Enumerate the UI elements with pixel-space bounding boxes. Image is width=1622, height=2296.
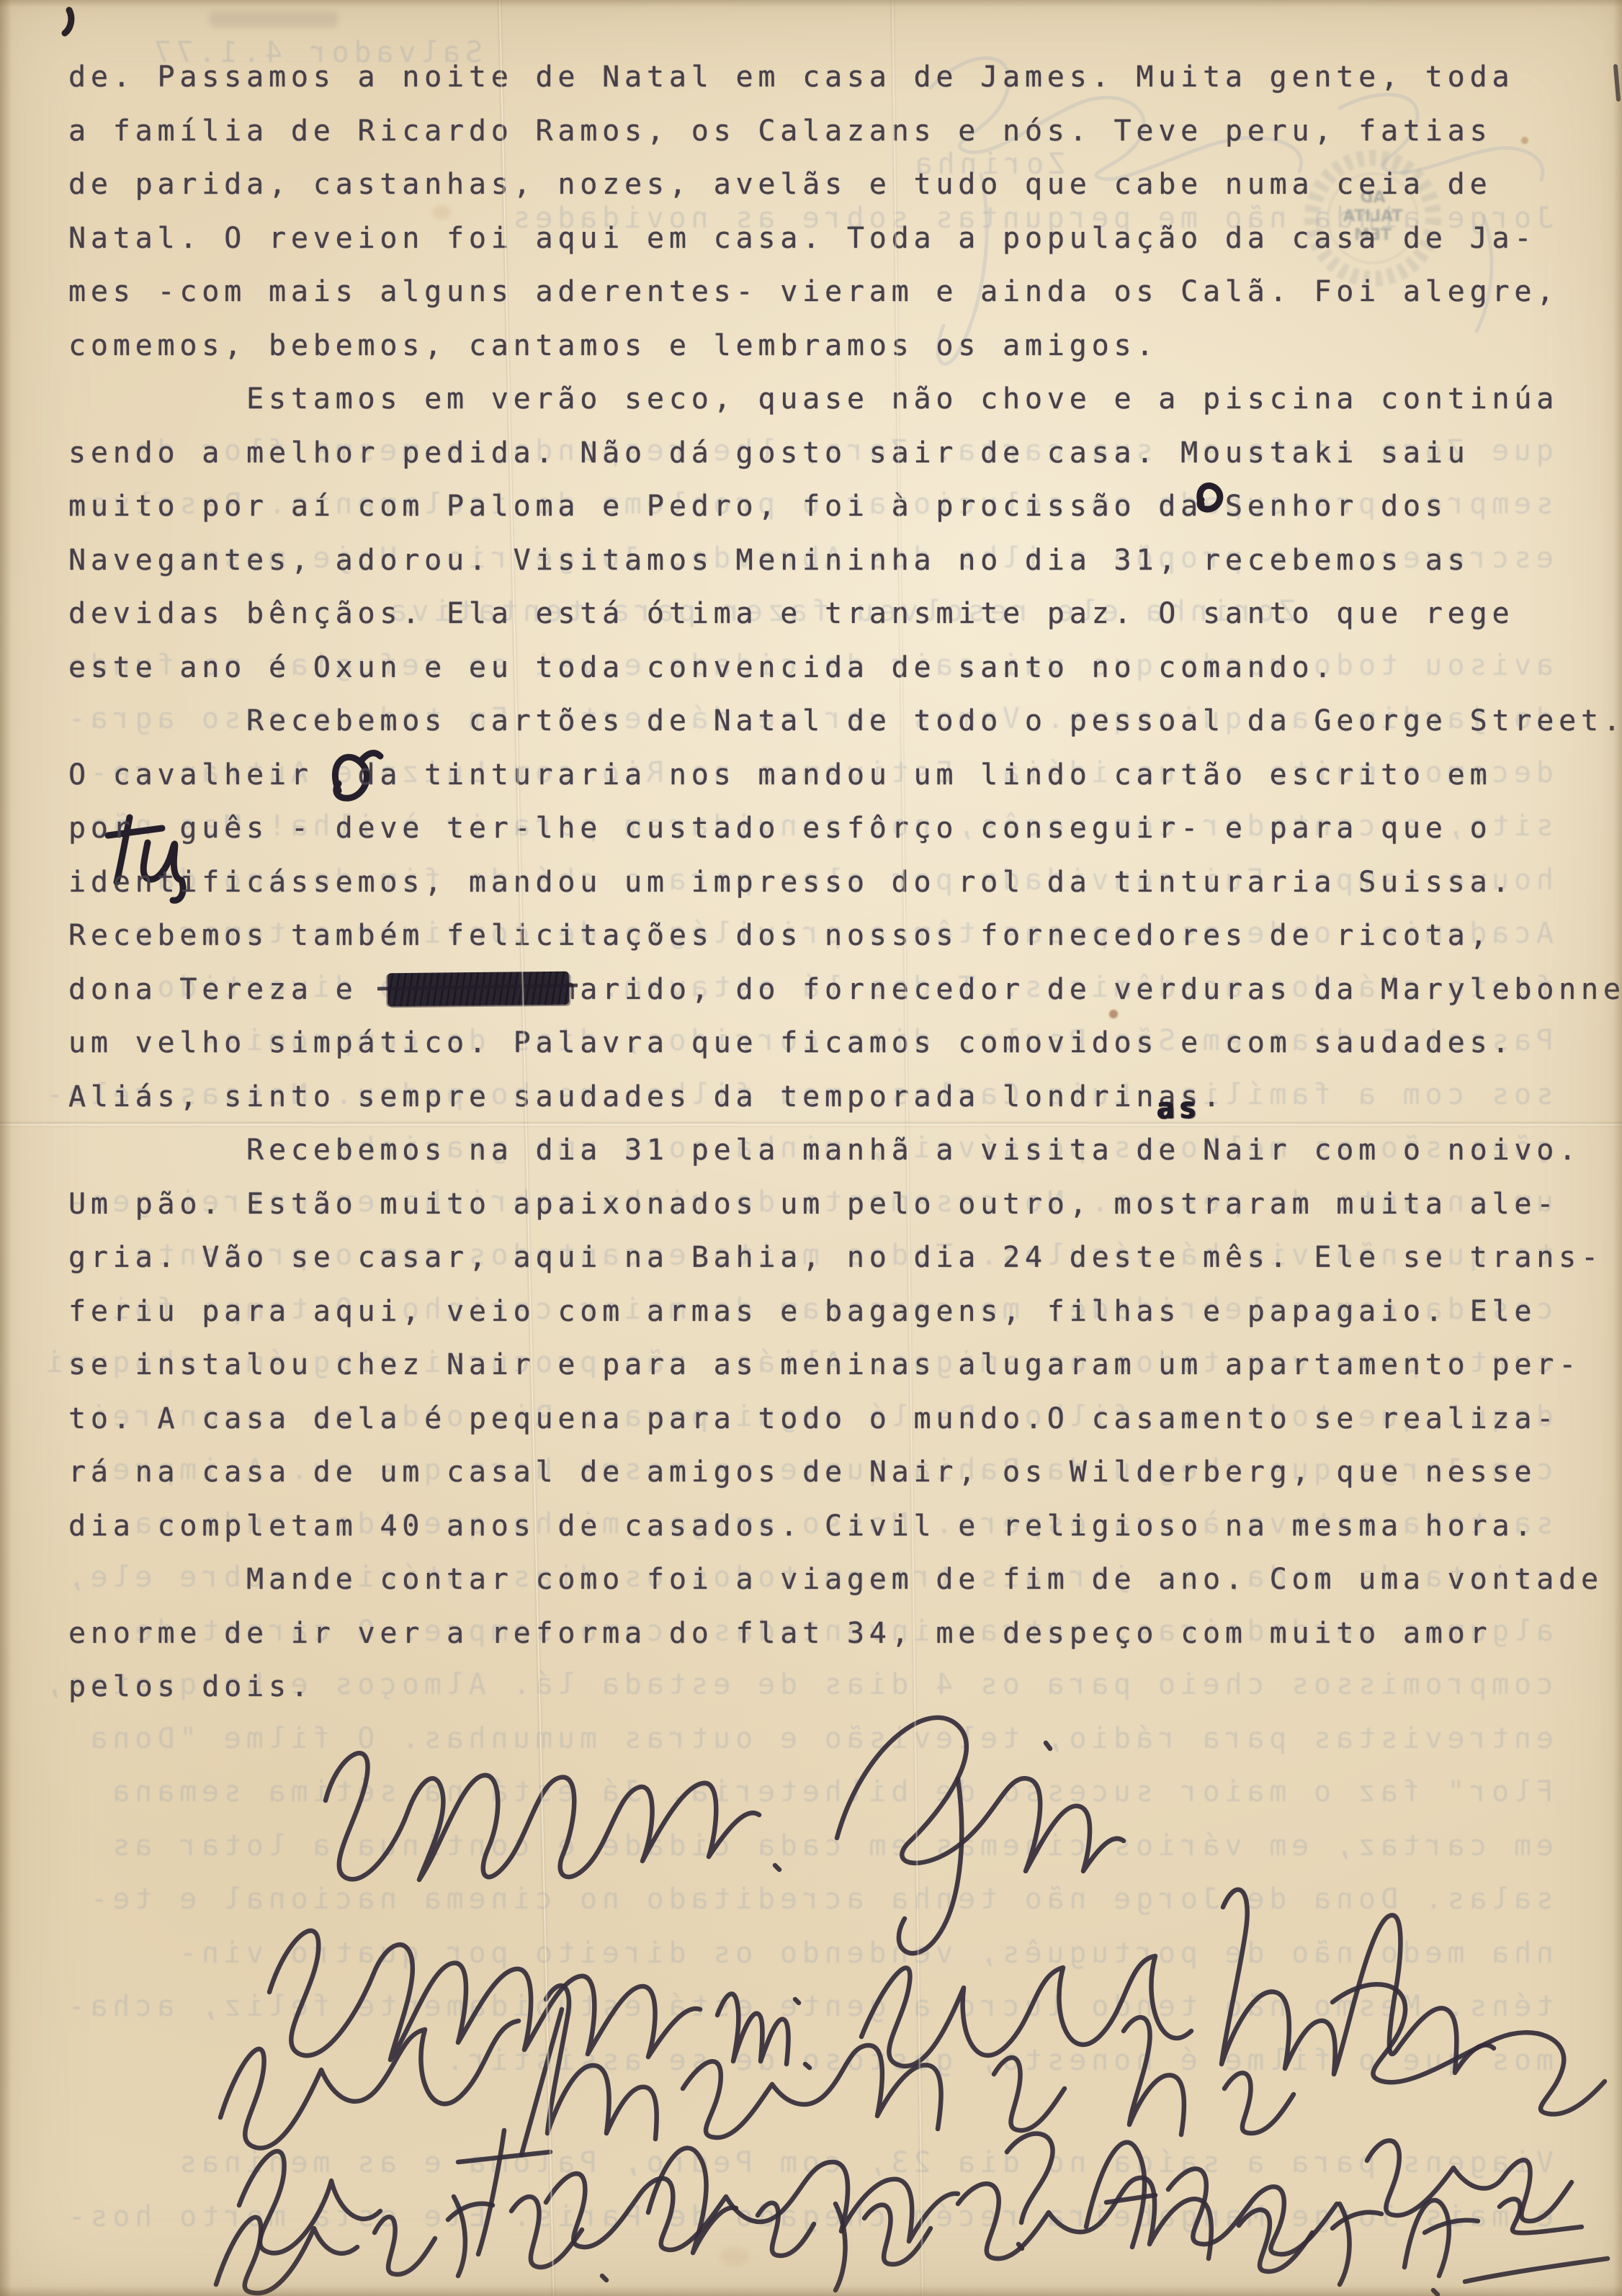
bleed-line: em cartaz, em vários cinemas em cada cid…	[68, 1829, 1554, 1862]
typed-line: Mande contar como foi a viagem de fim de…	[68, 1553, 1622, 1607]
typed-line: Recebemos na dia 31 pela manhã a visita …	[68, 1124, 1622, 1178]
typed-line: mes -com mais alguns aderentes- vieram e…	[68, 265, 1622, 319]
typed-line: Aliás, sinto sempre saudades da temporad…	[68, 1070, 1622, 1124]
bleed-line: téns. Mesmo não tendo lucro a gente está…	[68, 1990, 1554, 2023]
scanned-letter-page: { "colors": { "paper": "#eee1c6", "typed…	[0, 0, 1622, 2296]
handwriting-line-richard-beijos	[216, 2148, 1381, 2293]
scan-edge-left	[0, 0, 12, 2296]
typed-line: a família de Ricardo Ramos, os Calazans …	[68, 104, 1622, 158]
handwriting-line-saudades-mil	[269, 1890, 1494, 2074]
typed-line: Recebemos também felicitações dos nossos…	[68, 909, 1622, 963]
handwriting-line-compadres-zelia	[326, 1718, 1124, 1953]
typed-line: dona Tereza e marido, do fornecedor de v…	[68, 963, 1622, 1017]
scan-edge-top	[0, 0, 1622, 7]
typed-line: Navegantes, adorou. Visitamos Menininha …	[68, 534, 1622, 588]
typed-line: Um pão. Estão muito apaixonados um pelo …	[68, 1178, 1622, 1232]
scan-edge-bottom	[0, 2286, 1622, 2296]
typed-line: feriu para aqui, veio com armas e bagage…	[68, 1285, 1622, 1339]
strikeout-blob	[387, 972, 569, 1007]
handwriting-signature	[1404, 2199, 1608, 2295]
typed-line: enorme de ir ver a reforma do flat 34, m…	[68, 1607, 1622, 1661]
typed-line: gria. Vão se casar, aqui na Bahia, no di…	[68, 1231, 1622, 1285]
bleed-line: Flor" faz o maior sucesso de bilheteria.…	[68, 1775, 1554, 1808]
bleed-line: nha medo não de português, vendendo os d…	[68, 1937, 1554, 1970]
bleed-line: entrevistas para rádio, televisão e outr…	[68, 1722, 1554, 1755]
bleed-line: salas. Dona de Jorge não tenha acreditad…	[68, 1883, 1554, 1916]
typed-line: dia completam 40 anos de casados. Civil …	[68, 1499, 1622, 1553]
stain	[720, 2247, 749, 2266]
typed-line: Natal. O reveion foi aqui em casa. Toda …	[68, 212, 1622, 266]
typed-line: sendo a melhor pedida. Não dá gosto sair…	[68, 426, 1622, 480]
typed-line: identificássemos, mandou um impresso do …	[68, 856, 1622, 910]
handwriting-line-tempo-resolvido	[220, 1984, 1605, 2155]
typed-line: por guês - deve ter-lhe custado esfôrço …	[68, 802, 1622, 856]
typed-line: to. A casa dela é pequena para todo o mu…	[68, 1392, 1622, 1446]
typed-line: de. Passamos a noite de Natal em casa de…	[68, 50, 1622, 104]
typed-line: devidas bênçãos. Ela está ótima e transm…	[68, 587, 1622, 641]
typed-line: se instalou chez Nair e para as meninas …	[68, 1338, 1622, 1392]
typed-line: rá na casa de um casal de amigos de Nair…	[68, 1445, 1622, 1499]
typed-letter-body: de. Passamos a noite de Natal em casa de…	[68, 50, 1622, 1714]
handwriting-line-do-telefone-abracos	[239, 2130, 1572, 2254]
bleed-line: Viagens para a saída no dia 23, com Pedr…	[68, 2146, 1554, 2179]
typed-line: um velho simpático. Palavra que ficamos …	[68, 1016, 1622, 1070]
typed-line: pelos dois.	[68, 1660, 1622, 1714]
typed-line: O cavalheir da tinturaria nos mandou um …	[68, 748, 1622, 802]
overstrike-correction: as	[1156, 1081, 1201, 1136]
typed-line: Estamos em verão seco, quase não chove e…	[68, 372, 1622, 426]
typed-line: comemos, bebemos, cantamos e lembramos o…	[68, 319, 1622, 373]
typed-line: muito por aí com Paloma e Pedro, foi à p…	[68, 480, 1622, 534]
bleed-line: e mais Jorge Mangabeira recém chegado de…	[68, 2200, 1554, 2233]
typed-line: de parida, castanhas, nozes, avelãs e tu…	[68, 158, 1622, 212]
typed-line: este ano é Oxun e eu toda convencida de …	[68, 641, 1622, 695]
typed-line: Recebemos cartões de Natal de todo o pes…	[68, 694, 1622, 748]
stain	[209, 12, 339, 27]
bleed-line: mos que o filme é honesto, gostoso de se…	[68, 2044, 1554, 2077]
